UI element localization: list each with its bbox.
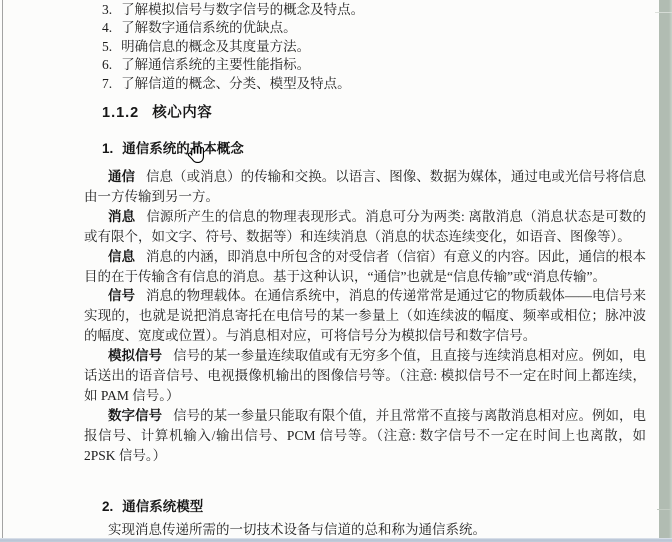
objective-number: 6. <box>102 57 112 72</box>
objective-number: 7. <box>102 76 112 91</box>
definition-paragraph: 通信信息（或消息）的传输和交换。以语言、图像、数据为媒体，通过电或光信号将信息由… <box>84 167 646 207</box>
definition-text: 消息的物理载体。在通信系统中，消息的传递常常是通过它的物质载体——电信号来实现的… <box>84 288 646 343</box>
objective-item: 4.了解数字通信系统的优缺点。 <box>102 19 364 37</box>
definition-paragraph: 信息消息的内涵，即消息中所包含的对受信者（信宿）有意义的内容。因此，通信的根本目… <box>84 247 646 287</box>
objective-number: 4. <box>102 20 112 35</box>
objective-text: 了解模拟信号与数字信号的概念及特点。 <box>121 2 364 17</box>
objective-text: 了解信道的概念、分类、模型及特点。 <box>121 76 351 91</box>
definition-paragraphs: 通信信息（或消息）的传输和交换。以语言、图像、数据为媒体，通过电或光信号将信息由… <box>84 167 646 466</box>
subsection-heading-2: 2.通信系统模型 <box>102 495 203 515</box>
definition-text: 信号的某一参量连续取值或有无穷多个值，且直接与连续消息相对应。例如，电话送出的语… <box>84 348 646 403</box>
objective-item: 7.了解信道的概念、分类、模型及特点。 <box>102 75 364 93</box>
section-title: 核心内容 <box>152 105 212 121</box>
strip-hairline-top <box>655 12 672 13</box>
objective-text: 了解通信系统的主要性能指标。 <box>121 57 310 72</box>
objective-item: 3.了解模拟信号与数字信号的概念及特点。 <box>102 1 364 19</box>
definition-paragraph: 数字信号信号的某一参量只能取有限个值，并且常常不直接与离散消息相对应。例如，电报… <box>84 406 646 466</box>
objective-item: 6.了解通信系统的主要性能指标。 <box>102 56 364 74</box>
definition-text: 信息（或消息）的传输和交换。以语言、图像、数据为媒体，通过电或光信号将信息由一方… <box>84 169 646 204</box>
closing-sentence: 实现消息传递所需的一切技术设备与信道的总和称为通信系统。 <box>84 520 646 540</box>
section-heading: 1.1.2核心内容 <box>102 101 212 122</box>
objectives-list: 3.了解模拟信号与数字信号的概念及特点。 4.了解数字通信系统的优缺点。 5.明… <box>102 1 364 93</box>
objective-item: 5.明确信息的概念及其度量方法。 <box>102 38 364 56</box>
definition-term: 信号 <box>108 288 135 303</box>
definition-paragraph: 消息信源所产生的信息的物理表现形式。消息可分为两类: 离散消息（消息状态是可数的… <box>84 207 646 247</box>
definition-term: 数字信号 <box>108 408 162 423</box>
definition-text: 信源所产生的信息的物理表现形式。消息可分为两类: 离散消息（消息状态是可数的或有… <box>84 209 646 244</box>
subsection-title: 通信系统模型 <box>122 499 203 514</box>
subsection-number: 1. <box>102 141 113 156</box>
subsection-number: 2. <box>102 499 113 514</box>
strip-hairline-bottom <box>657 509 672 510</box>
definition-paragraph: 信号消息的物理载体。在通信系统中，消息的传递常常是通过它的物质载体——电信号来实… <box>84 286 646 346</box>
definition-term: 通信 <box>108 169 135 184</box>
objective-number: 5. <box>102 39 112 54</box>
app-background-strip <box>659 0 672 542</box>
definition-term: 消息 <box>108 209 135 224</box>
definition-text: 消息的内涵，即消息中所包含的对受信者（信宿）有意义的内容。因此，通信的根本目的在… <box>84 249 646 284</box>
objective-text: 明确信息的概念及其度量方法。 <box>121 39 310 54</box>
subsection-heading-1: 1.通信系统的基本概念 <box>102 137 244 157</box>
definition-term: 信息 <box>108 249 135 264</box>
subsection-title: 通信系统的基本概念 <box>122 141 244 156</box>
objective-text: 了解数字通信系统的优缺点。 <box>121 20 297 35</box>
objective-number: 3. <box>102 2 112 17</box>
definition-term: 模拟信号 <box>108 348 162 363</box>
definition-text: 信号的某一参量只能取有限个值，并且常常不直接与离散消息相对应。例如，电报信号、计… <box>84 408 646 463</box>
window-bottom-edge <box>0 538 672 542</box>
section-number: 1.1.2 <box>102 105 139 121</box>
definition-paragraph: 模拟信号信号的某一参量连续取值或有无穷多个值，且直接与连续消息相对应。例如，电话… <box>84 346 646 406</box>
document-viewport[interactable]: 3.了解模拟信号与数字信号的概念及特点。 4.了解数字通信系统的优缺点。 5.明… <box>0 0 672 542</box>
page-left-edge-rule <box>2 0 3 542</box>
